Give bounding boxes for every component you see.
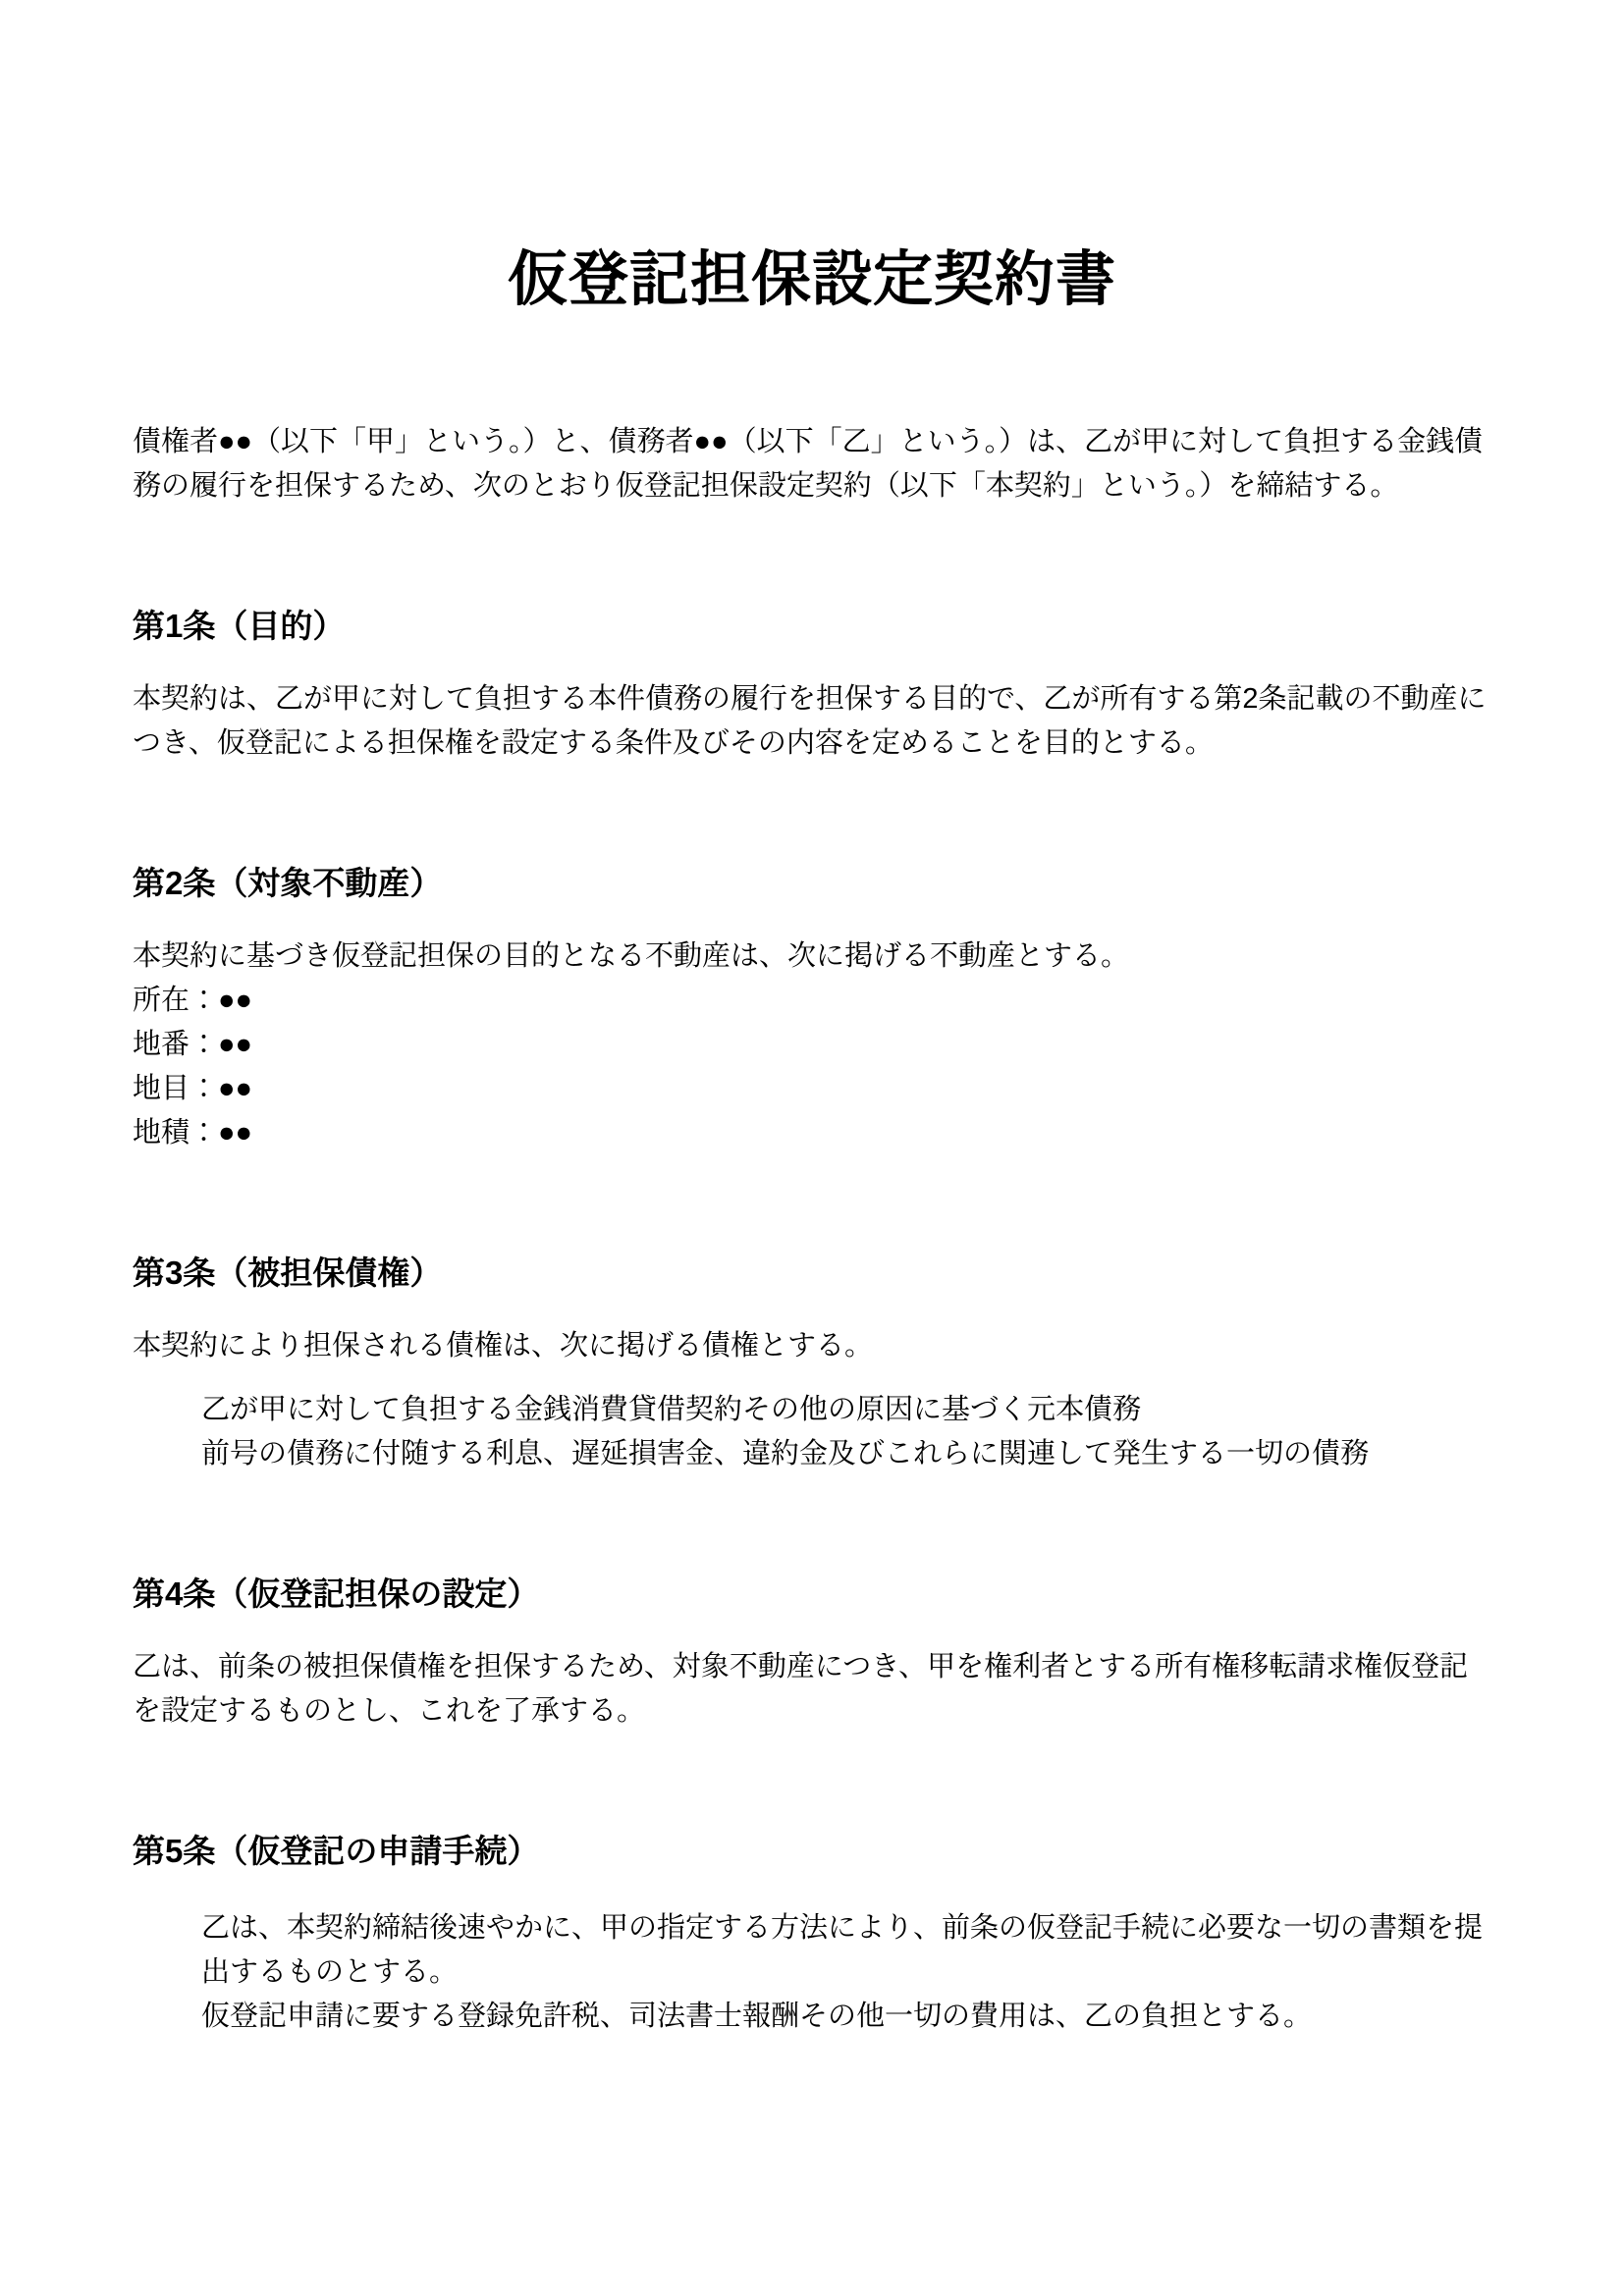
article-3-item-2: 前号の債務に付随する利息、遅延損害金、違約金及びこれらに関連して発生する一切の債…: [201, 1432, 1491, 1476]
article-1-paragraph: 本契約は、乙が甲に対して負担する本件債務の履行を担保する目的で、乙が所有する第2…: [133, 677, 1491, 766]
property-line-lot-number: 地番：●●: [133, 1023, 1491, 1067]
article-3-paragraph: 本契約により担保される債権は、次に掲げる債権とする。: [133, 1324, 1491, 1368]
property-line-location: 所在：●●: [133, 979, 1491, 1023]
article-2-body: 本契約に基づき仮登記担保の目的となる不動産は、次に掲げる不動産とする。 所在：●…: [133, 934, 1491, 1155]
article-2-paragraph: 本契約に基づき仮登記担保の目的となる不動産は、次に掲げる不動産とする。: [133, 934, 1491, 979]
article-2-heading: 第2条（対象不動産）: [133, 861, 1491, 905]
document-title: 仮登記担保設定契約書: [133, 0, 1491, 315]
article-section-5: 第5条（仮登記の申請手続） 乙は、本契約締結後速やかに、甲の指定する方法により、…: [133, 1829, 1491, 2039]
property-line-land-area: 地積：●●: [133, 1111, 1491, 1155]
article-3-heading: 第3条（被担保債権）: [133, 1251, 1491, 1295]
article-3-item-1: 乙が甲に対して負担する金銭消費貸借契約その他の原因に基づく元本債務: [201, 1388, 1491, 1432]
contract-document-page: 仮登記担保設定契約書 債権者●●（以下「甲」という。）と、債務者●●（以下「乙」…: [0, 0, 1624, 2296]
article-4-heading: 第4条（仮登記担保の設定）: [133, 1572, 1491, 1616]
article-section-4: 第4条（仮登記担保の設定） 乙は、前条の被担保債権を担保するため、対象不動産につ…: [133, 1572, 1491, 1734]
article-5-item-2: 仮登記申請に要する登録免許税、司法書士報酬その他一切の費用は、乙の負担とする。: [201, 1995, 1491, 2039]
article-3-items: 乙が甲に対して負担する金銭消費貸借契約その他の原因に基づく元本債務 前号の債務に…: [201, 1388, 1491, 1476]
article-section-1: 第1条（目的） 本契約は、乙が甲に対して負担する本件債務の履行を担保する目的で、…: [133, 604, 1491, 766]
preamble-paragraph: 債権者●●（以下「甲」という。）と、債務者●●（以下「乙」という。）は、乙が甲に…: [133, 420, 1491, 508]
article-section-2: 第2条（対象不動産） 本契約に基づき仮登記担保の目的となる不動産は、次に掲げる不…: [133, 861, 1491, 1155]
article-5-heading: 第5条（仮登記の申請手続）: [133, 1829, 1491, 1873]
article-1-heading: 第1条（目的）: [133, 604, 1491, 648]
article-5-items: 乙は、本契約締結後速やかに、甲の指定する方法により、前条の仮登記手続に必要な一切…: [201, 1906, 1491, 2039]
article-4-paragraph: 乙は、前条の被担保債権を担保するため、対象不動産につき、甲を権利者とする所有権移…: [133, 1645, 1491, 1734]
article-5-item-1: 乙は、本契約締結後速やかに、甲の指定する方法により、前条の仮登記手続に必要な一切…: [201, 1906, 1491, 1995]
article-section-3: 第3条（被担保債権） 本契約により担保される債権は、次に掲げる債権とする。 乙が…: [133, 1251, 1491, 1476]
property-line-land-category: 地目：●●: [133, 1067, 1491, 1111]
